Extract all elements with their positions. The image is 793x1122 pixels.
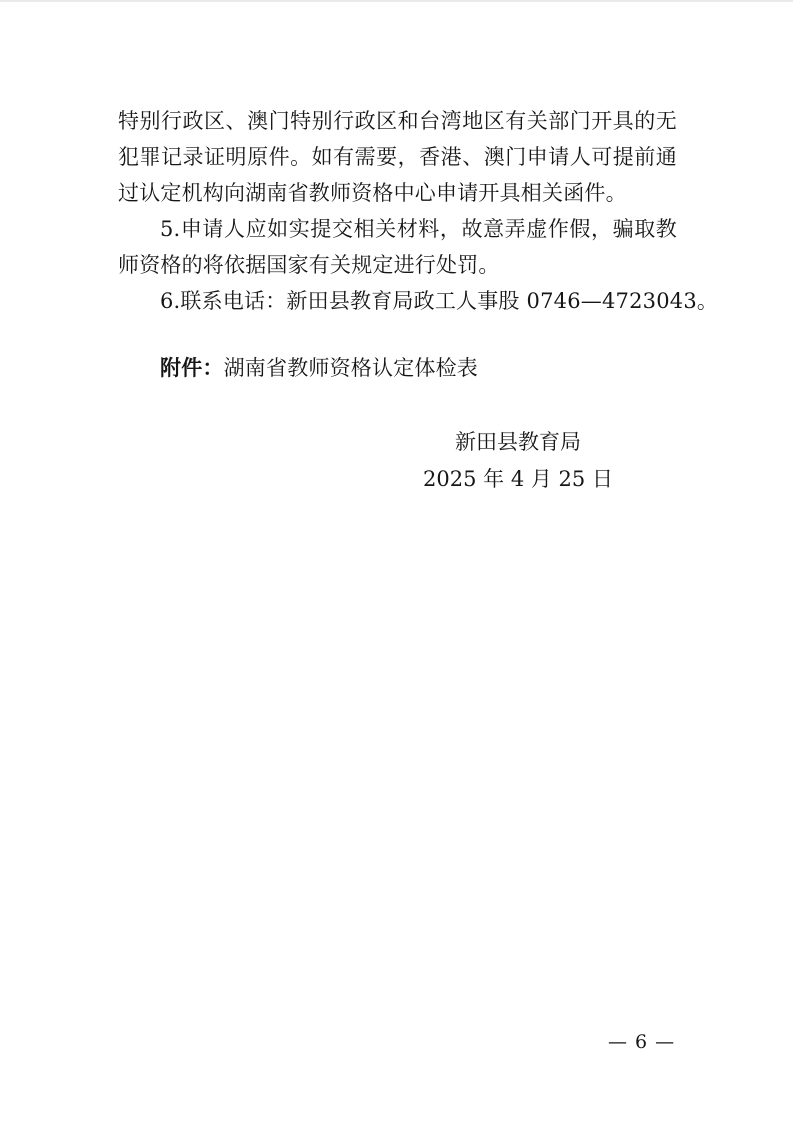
signature-block: 新田县教育局 2025 年 4 月 25 日 [368,424,668,498]
paragraph-item-5: 5.申请人应如实提交相关材料，故意弄虚作假，骗取教师资格的将依据国家有关规定进行… [118,211,677,283]
signature-issuer: 新田县教育局 [368,424,668,461]
document-body: 特别行政区、澳门特别行政区和台湾地区有关部门开具的无犯罪记录证明原件。如有需要，… [118,103,677,386]
document-page: 特别行政区、澳门特别行政区和台湾地区有关部门开具的无犯罪记录证明原件。如有需要，… [0,0,793,1122]
page-number: — 6 — [608,1030,675,1054]
attachment-label: 附件： [160,356,224,380]
attachment-line: 附件：湖南省教师资格认定体检表 [118,350,677,386]
paragraph-item-6-contact: 6.联系电话：新田县教育局政工人事股 0746—4723043。 [118,283,677,319]
scan-top-edge [0,0,793,2]
attachment-title: 湖南省教师资格认定体检表 [224,356,478,380]
signature-date: 2025 年 4 月 25 日 [368,461,668,498]
paragraph-continued: 特别行政区、澳门特别行政区和台湾地区有关部门开具的无犯罪记录证明原件。如有需要，… [118,103,677,211]
